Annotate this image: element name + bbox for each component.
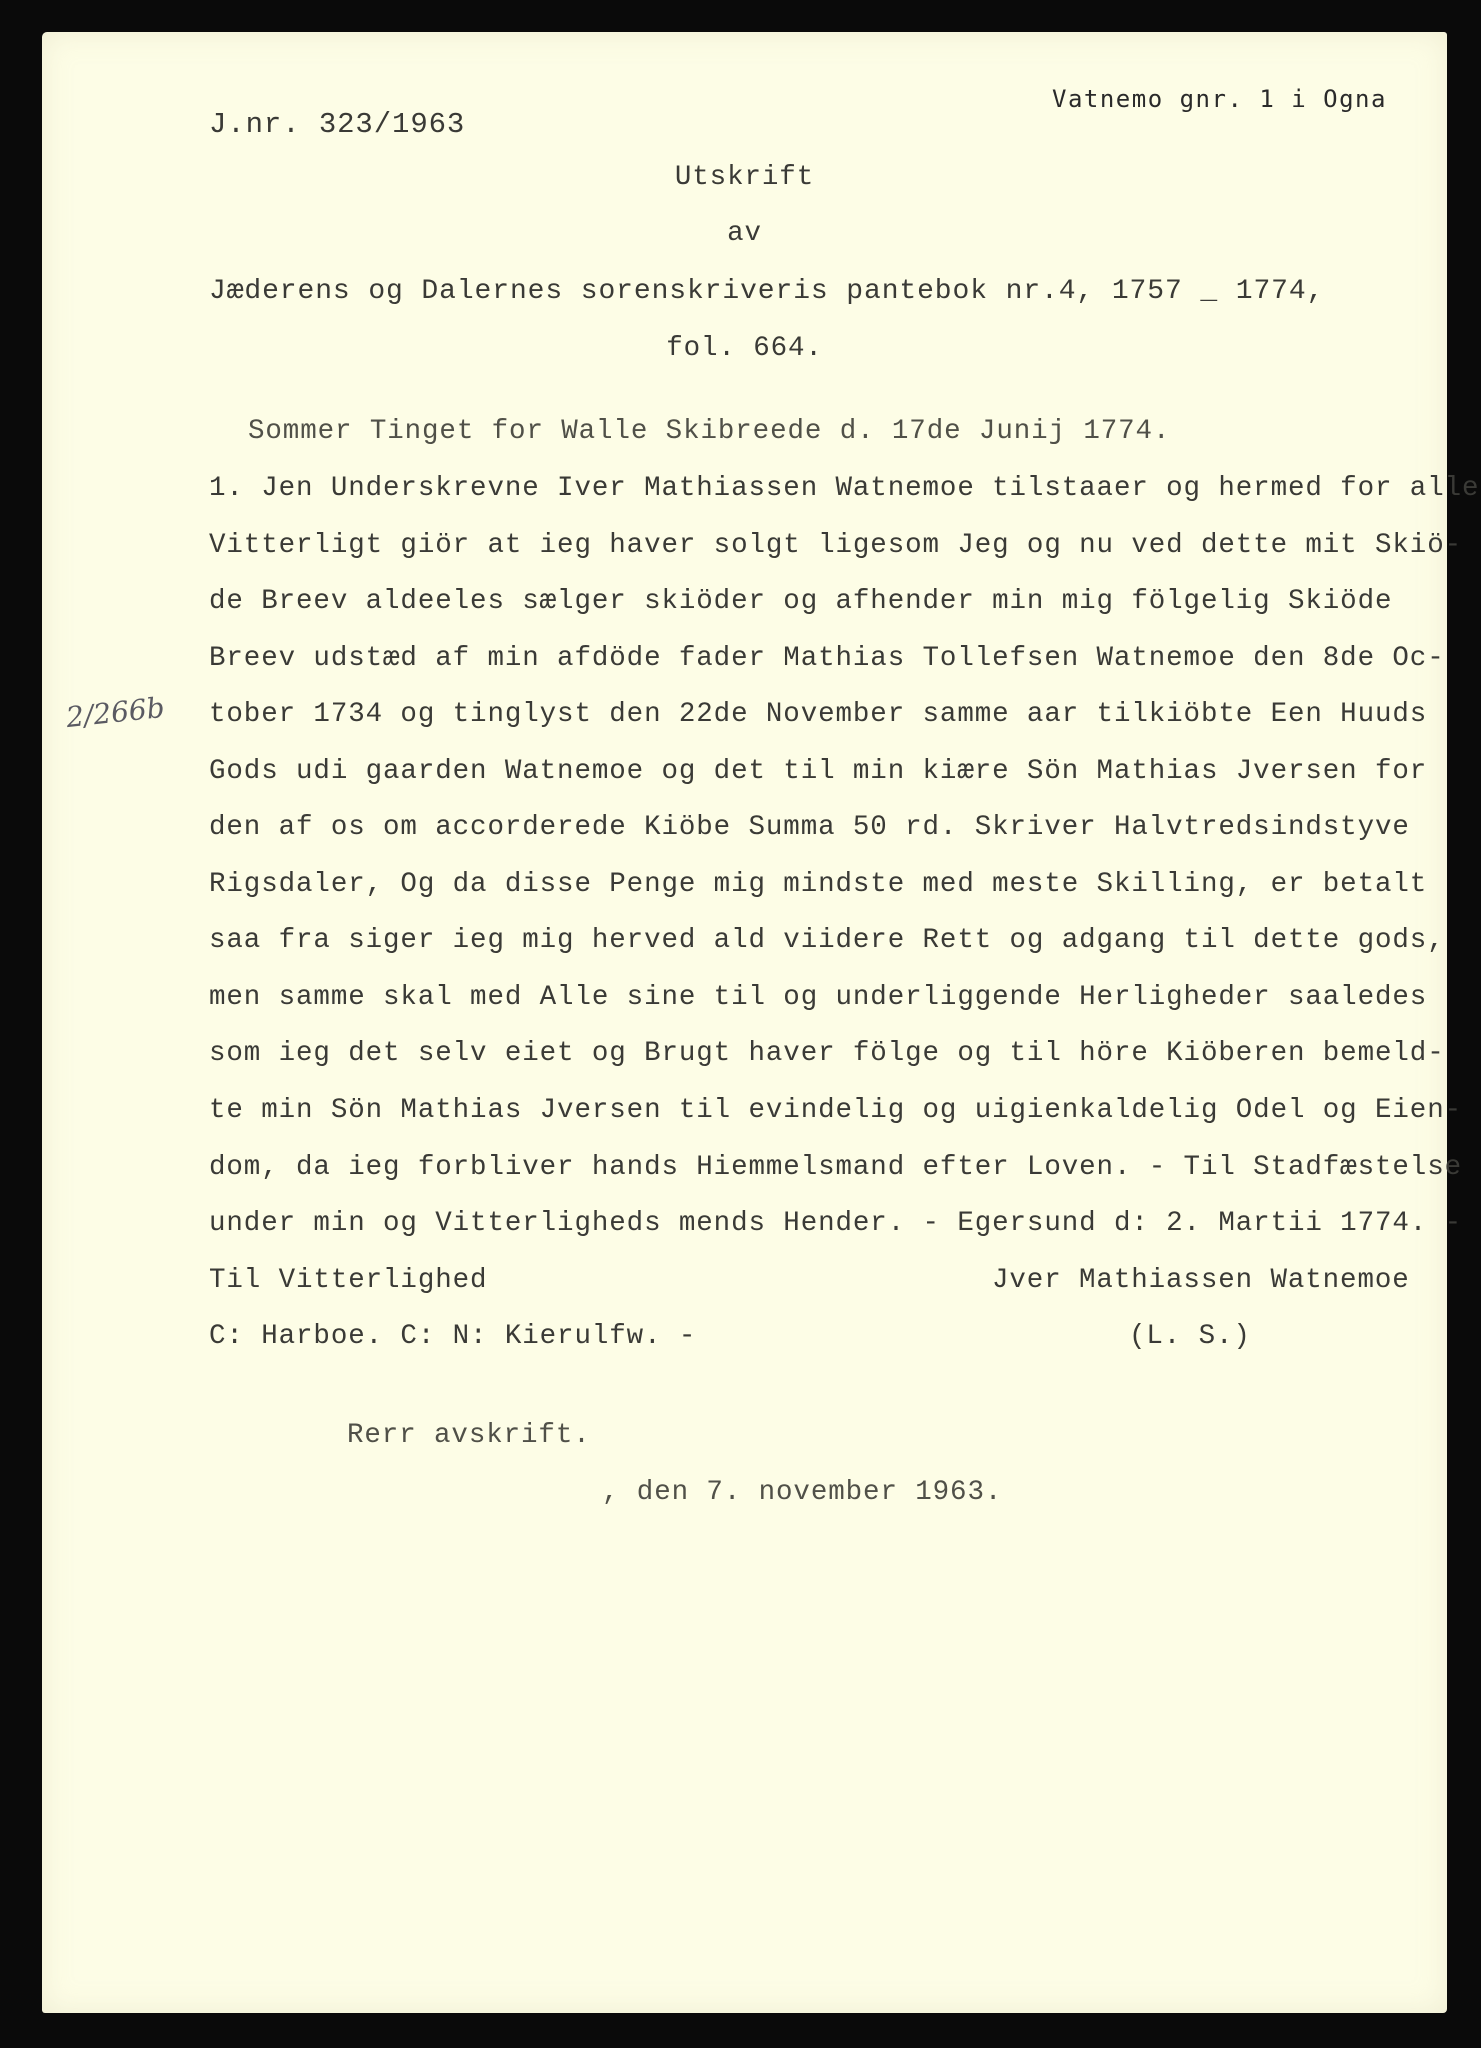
certification-note: Rerr avskrift. [347,1422,591,1450]
signatory-name: Jver Mathiassen Watnemoe [992,1267,1410,1295]
body-line: som ieg det selv eiet og Brugt haver föl… [209,1040,1445,1068]
body-line: saa fra siger ieg mig herved ald viidere… [209,927,1445,955]
seal-mark: (L. S.) [1129,1323,1251,1351]
document-title-of: av [42,220,1447,248]
witness-label: Til Vitterlighed [209,1267,487,1295]
certification-date: , den 7. november 1963. [602,1479,1002,1507]
folio-reference: fol. 664. [42,335,1447,363]
source-line: Jæderens og Dalernes sorenskriveris pant… [209,278,1324,306]
journal-number: J.nr. 323/1963 [209,110,465,139]
margin-note-handwritten: 2/266b [65,691,167,734]
document-title: Utskrift [42,164,1447,192]
body-line: under min og Vitterligheds mends Hender.… [209,1210,1462,1238]
body-line: men samme skal med Alle sine til og unde… [209,984,1427,1012]
body-line: Vitterligt giör at ieg haver solgt liges… [209,532,1462,560]
document-page: Vatnemo gnr. 1 i Ogna J.nr. 323/1963 Uts… [42,32,1447,2013]
court-session-line: Sommer Tinget for Walle Skibreede d. 17d… [248,418,1170,446]
body-line: te min Sön Mathias Jversen til evindelig… [209,1097,1462,1125]
body-line: tober 1734 og tinglyst den 22de November… [209,701,1427,729]
body-line: 1. Jen Underskrevne Iver Mathiassen Watn… [209,475,1479,503]
body-line: Breev udstæd af min afdöde fader Mathias… [209,645,1445,673]
body-line: dom, da ieg forbliver hands Hiemmelsmand… [209,1154,1462,1182]
body-line: Gods udi gaarden Watnemoe og det til min… [209,758,1427,786]
property-reference: Vatnemo gnr. 1 i Ogna [1052,87,1387,111]
witness-names: C: Harboe. C: N: Kierulfw. - [209,1323,696,1351]
body-line: Rigsdaler, Og da disse Penge mig mindste… [209,871,1427,899]
body-line: den af os om accorderede Kiöbe Summa 50 … [209,814,1410,842]
body-line: de Breev aldeeles sælger skiöder og afhe… [209,588,1392,616]
